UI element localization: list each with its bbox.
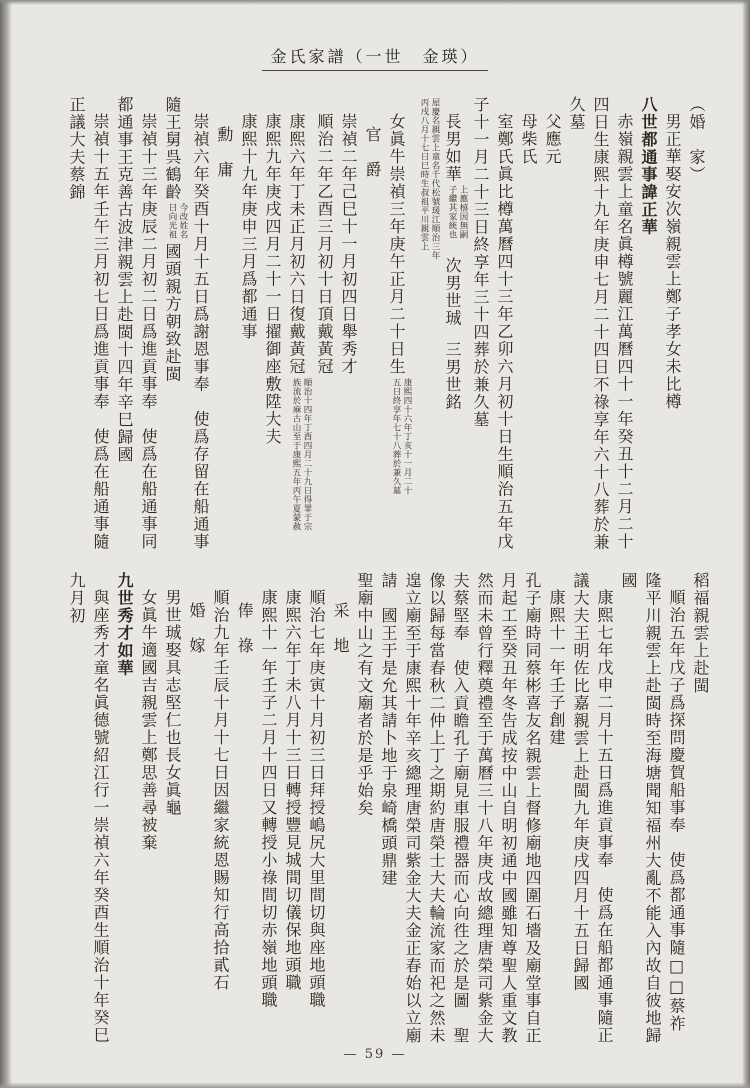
son-first: 長男如華 xyxy=(443,113,462,183)
entry-merit-6-opening: 康熙十一年壬子創建 xyxy=(544,572,568,1048)
entry-stipend-1: 順治九年壬辰十月十七日因繼家統恩賜知行高拾貳石 xyxy=(208,572,232,1048)
genealogy-scan-page: 金氏家譜（一世 金瑛） （婚 家） 男正華娶安次嶺親雲上鄭子孝女未比樽 八世都通… xyxy=(0,0,750,1088)
entry-marriage-family: 男正華娶安次嶺親雲上鄭子孝女未比樽 xyxy=(660,96,684,560)
entry-merit-3-continuation: 稻福親雲上赴閩 xyxy=(688,572,712,1048)
entry-merit-4: 順治五年戊子爲探問慶賀船事奉 使爲都通事隨□□蔡祚隆平川親雲上赴閩時至海塘聞知福… xyxy=(616,572,688,1048)
entry-rank-5: 康熙十九年庚申三月爲都通事 xyxy=(236,96,260,560)
entry-merit-5: 康熙七年戊申二月十五日爲進貢事奉 使爲在船都通事隨正議大夫王明佐比嘉親雲上赴閩九… xyxy=(568,572,616,1048)
entry-fief-1: 順治七年庚寅十月初三日拜授嶋尻大里間切與座地頭職 xyxy=(304,572,328,1048)
lower-text-band: 稻福親雲上赴閩 順治五年戊子爲探問慶賀船事奉 使爲都通事隨□□蔡祚隆平川親雲上赴… xyxy=(64,572,712,1048)
merit-1-text-b: 國頭親方朝致赴閩 xyxy=(163,243,182,383)
rank-3-text: 康熙六年丁未正月初六日復戴黃冠 xyxy=(287,113,306,376)
entry-gen8-biography: 赤嶺親雲上童名眞樽號麗江萬曆四十一年癸丑十二月二十四日生康熙十九年庚申七月二十四… xyxy=(564,96,636,560)
section-title-gen9: 九世秀才如華 xyxy=(112,572,136,1048)
page-title: 金氏家譜（一世 金瑛） xyxy=(0,44,750,67)
entry-daughter: 女眞牛崇禎三年庚午正月二十日生康熙四十六年丁亥十一月二十五日終享年七十八葬於兼久… xyxy=(384,96,412,560)
upper-text-band: （婚 家） 男正華娶安次嶺親雲上鄭子孝女未比樽 八世都通事諱正華 赤嶺親雲上童名… xyxy=(64,96,708,560)
header-fief: 采 地 xyxy=(328,572,352,1048)
daughter-text: 女眞牛崇禎三年庚午正月二十日生 xyxy=(387,113,406,376)
entry-marriage-daughter: 女眞牛適國吉親雲上鄭思善尋被棄 xyxy=(136,572,160,1048)
inline-note-son-third: 屋慶名親雲上童名千代松號瑗江順治三年丙戌八月十七日巳時生叔祖平川親雲上 xyxy=(418,98,440,262)
header-marriages: 婚 嫁 xyxy=(184,572,208,1048)
entry-gen9-biography: 與座秀才童名眞德號紹江行一崇禎六年癸酉生順治十年癸巳九月初 xyxy=(64,572,112,1048)
entry-merit-6-confucius-temple: 孔子廟時同蔡彬喜友名親雲上督修廟地四圍石墻及廟堂事自正月起工至癸丑年冬告成按中山… xyxy=(376,572,544,1048)
header-merits: 勳 庸 xyxy=(212,96,236,560)
entry-mother: 母柴氏 xyxy=(516,96,540,560)
entry-merit-1: 崇禎六年癸酉十月十五日爲謝恩事奉 使爲存留在船通事隨王舅呉鶴齡今改姓名曰向光祖國… xyxy=(160,96,212,560)
son-second: 次男世珹 xyxy=(443,257,462,327)
entry-fief-3: 康熙十一年壬子二月十四日又轉授小祿間切赤嶺地頭職 xyxy=(256,572,280,1048)
header-official-rank: 官 爵 xyxy=(360,96,384,560)
entry-rank-3: 康熙六年丁未正月初六日復戴黃冠順治十四年丁酉四月二十九日得罪于宗族流於麻古山至于… xyxy=(284,96,312,560)
header-marriage-family: （婚 家） xyxy=(684,96,708,560)
scan-edge-top xyxy=(0,0,750,5)
inline-note-son-first: 上應橲因無嗣子繼其家統也 xyxy=(446,185,468,241)
entry-sons: 長男如華上應橲因無嗣子繼其家統也次男世珹三男世銘屋慶名親雲上童名千代松號瑗江順治… xyxy=(412,96,468,560)
scan-edge-right xyxy=(742,0,750,1088)
page-title-text: 金氏家譜（一世 金瑛） xyxy=(262,47,487,71)
header-stipend: 俸 祿 xyxy=(232,572,256,1048)
son-third: 三男世銘 xyxy=(443,341,462,411)
inline-note-name-change: 今改姓名曰向光祖 xyxy=(166,203,188,241)
entry-rank-1: 崇禎二年己巳十一月初四日舉秀才 xyxy=(336,96,360,560)
entry-merit-2: 崇禎十三年庚辰二月初二日爲進貢事奉 使爲在船通事同都通事王克善古波津親雲上赴閩十… xyxy=(112,96,160,560)
entry-merit-3: 崇禎十五年壬午三月初七日爲進貢事奉 使爲在船通事隨正議大夫蔡錦 xyxy=(64,96,112,560)
entry-fief-2: 康熙六年丁未八月十三日轉授豐見城間切儀保地頭職 xyxy=(280,572,304,1048)
inline-note-daughter: 康熙四十六年丁亥十一月二十五日終享年七十八葬於兼久墓 xyxy=(390,378,412,498)
entry-father: 父應元 xyxy=(540,96,564,560)
scan-edge-bottom xyxy=(0,1082,750,1088)
entry-rank-4: 康熙九年庚戌四月二十一日擢御座敷陞大夫 xyxy=(260,96,284,560)
entry-wife: 室鄭氏眞比樽萬曆四十三年乙卯六月初十日生順治五年戊子十一月二十三日終享年三十四葬… xyxy=(468,96,516,560)
page-number: — 59 — xyxy=(0,1047,750,1062)
entry-merit-6-closing: 聖廟中山之有文廟者於是乎始矣 xyxy=(352,572,376,1048)
scan-edge-left xyxy=(0,0,12,1088)
entry-rank-2: 順治二年乙酉三月初十日頂戴黃冠 xyxy=(312,96,336,560)
entry-marriage-son: 男世珹娶具志堅仁也長女眞龜 xyxy=(160,572,184,1048)
section-title-gen8: 八世都通事諱正華 xyxy=(636,96,660,560)
inline-note-punishment: 順治十四年丁酉四月二十九日得罪于宗族流於麻古山至于康熙五年丙午夏蒙赦 xyxy=(290,378,312,534)
